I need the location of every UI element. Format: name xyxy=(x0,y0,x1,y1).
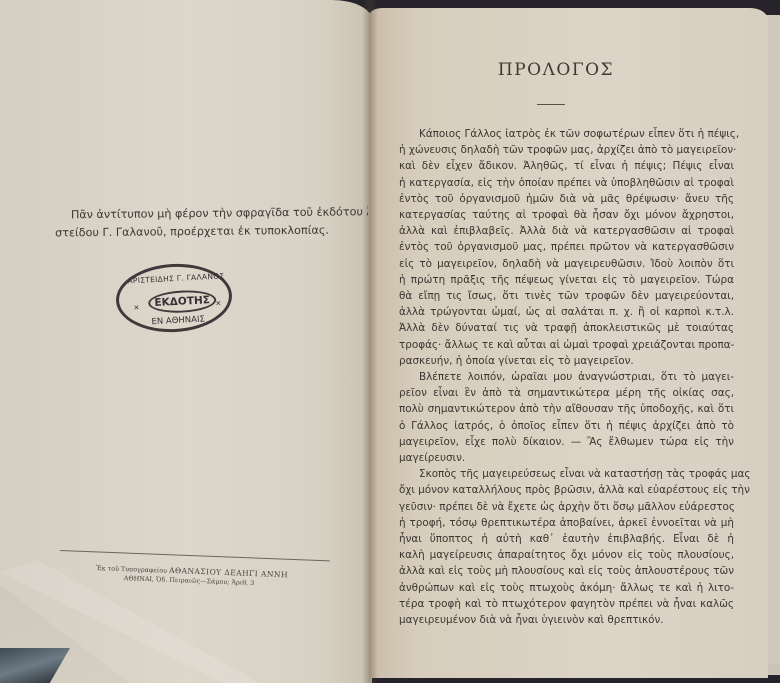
stamp-publisher-name: ΑΡΙΣΤΕΙΔΗΣ Γ. ΓΑΛΑΝΟΣ xyxy=(126,271,226,285)
book-gutter xyxy=(362,0,378,683)
text-line: ἀλλὰ καὶ ἐπιβλαβεῖς. Ἀλλὰ διὰ νὰ κατεργα… xyxy=(399,223,734,239)
text-line: ἡ τροφή, τόσῳ θρεπτικωτέρα ἀποβαίνει, ἀρ… xyxy=(399,515,734,531)
text-line: ἀνθρώπων καὶ εἰς τοὺς πτωχοὺς ἀκόμη· ἄλλ… xyxy=(399,580,734,596)
text-line: Βλέπετε λοιπόν, ὡραῖαι μου ἀναγνώστριαι,… xyxy=(399,369,734,385)
text-line: Ἀλλὰ δὲν δύναταί τις νὰ τραφῇ ἀποκλειστι… xyxy=(399,320,734,336)
open-book-photo: Πᾶν ἀντίτυπον μὴ φέρον τὴν σφραγῖδα τοῦ … xyxy=(0,0,780,683)
text-line: Σκοπὸς τῆς μαγειρεύσεως εἶναι νὰ καταστή… xyxy=(399,466,734,482)
stamp-role: ΕΚΔΟΤΗΣ xyxy=(150,294,215,309)
prologue-body: Κάποιος Γάλλος ἰατρὸς ἐκ τῶν σοφωτέρων ε… xyxy=(399,126,734,628)
text-line: ἡ χώνευσις δηλαδὴ τῶν τροφῶν μας, ἀρχίζε… xyxy=(399,142,734,158)
text-line: ἐντὸς τοῦ ὀργανισμοῦ ἡμῶν διὰ νὰ μᾶς θρέ… xyxy=(399,191,734,207)
text-line: τέρα τροφὴ καὶ τὸ πτωχότερον φαγητὸν πρέ… xyxy=(399,596,734,612)
copyright-notice: Πᾶν ἀντίτυπον μὴ φέρον τὴν σφραγῖδα τοῦ … xyxy=(55,204,340,243)
text-line: ἀλλὰ καὶ εἰς τοὺς μὴ πλουσίους καὶ εἰς τ… xyxy=(399,563,734,579)
text-line: ἐντὸς τοῦ ὀργανισμοῦ μας, πρέπει πρῶτον … xyxy=(399,239,734,255)
stamp-ornament-icon: ✕ xyxy=(133,304,139,312)
text-line: μαγείρευσιν. xyxy=(399,450,734,466)
notice-line-2: στείδου Γ. Γαλανοῦ, προέρχεται ἐκ τυποκλ… xyxy=(55,222,340,243)
text-line: καὶ δὲν εἶχεν ἄδικον. Ἀληθῶς, τί εἶναι ἡ… xyxy=(399,158,734,174)
text-line: θὰ εἴπῃ τις ἴσως, ὅτι τινὲς τῶν τροφῶν δ… xyxy=(399,288,734,304)
text-line: τροφάς· ἄλλως τε καὶ αὗται αἱ ὠμαὶ τροφα… xyxy=(399,337,734,353)
text-line: γεῦσιν· πρέπει δὲ νὰ ἔχετε ὡς ἀρχὴν ὅτι … xyxy=(399,499,734,515)
text-line: ἦναι ὕποπτος ἡ αὐτὴ καθ᾽ ἑαυτὴν ἐπιβλαβή… xyxy=(399,531,734,547)
text-line: μαγειρεῖον, εἶχε πολὺ δίκαιον. — Ἂς ἔλθω… xyxy=(399,434,734,450)
stamp-ornament-icon: ✕ xyxy=(215,300,221,308)
text-line: ἡ κατεργασία, εἰς τὴν ὁποίαν πρέπει νὰ ὑ… xyxy=(399,175,734,191)
text-line: ἡ πρώτη πρᾶξις τῆς πέψεως γίνεται εἰς τὸ… xyxy=(399,272,734,288)
text-line: μαγειρευμένον διὰ νὰ ἦναι ὑγιεινὸν καὶ θ… xyxy=(399,612,734,628)
text-line: κατεργασίας ταύτης αἱ τροφαὶ θὰ ἦσαν ὄχι… xyxy=(399,207,734,223)
text-line: ρασκευήν, ἡ ὁποία γίνεται εἰς τὸ μαγειρε… xyxy=(399,353,734,369)
text-line: Κάποιος Γάλλος ἰατρὸς ἐκ τῶν σοφωτέρων ε… xyxy=(399,126,734,142)
title-rule xyxy=(537,104,565,105)
text-line: εἰς τὸ μαγειρεῖον, δηλαδὴ νὰ μαγειρευθῶσ… xyxy=(399,256,734,272)
text-line: ὁ Γάλλος ἰατρός, ὁ ὁποῖος εἶπεν ὅτι ἡ πέ… xyxy=(399,418,734,434)
text-line: πολὺ σημαντικώτερον ἀπὸ τὴν αἴθουσαν τῆς… xyxy=(399,401,734,417)
text-line: καλὴ μαγείρευσις ἀπαραίτητος ὄχι μόνον ε… xyxy=(399,547,734,563)
page-title: ΠΡΟΛΟΓΟΣ xyxy=(486,60,626,80)
text-line: ρεῖον εἶναι ἓν ἀπὸ τὰ σημαντικώτερα μέρη… xyxy=(399,385,734,401)
imprint-prefix: Ἐκ τοῦ Τυπογραφείου xyxy=(96,564,167,575)
text-line: ὄχι μόνον καταλλήλους πρὸς βρῶσιν, ἀλλὰ … xyxy=(399,482,734,498)
text-line: ἀλλὰ τρώγονται ὠμαί, ὡς αἱ σαλάται π. χ.… xyxy=(399,304,734,320)
stamp-inner-oval: ΕΚΔΟΤΗΣ xyxy=(148,289,217,315)
